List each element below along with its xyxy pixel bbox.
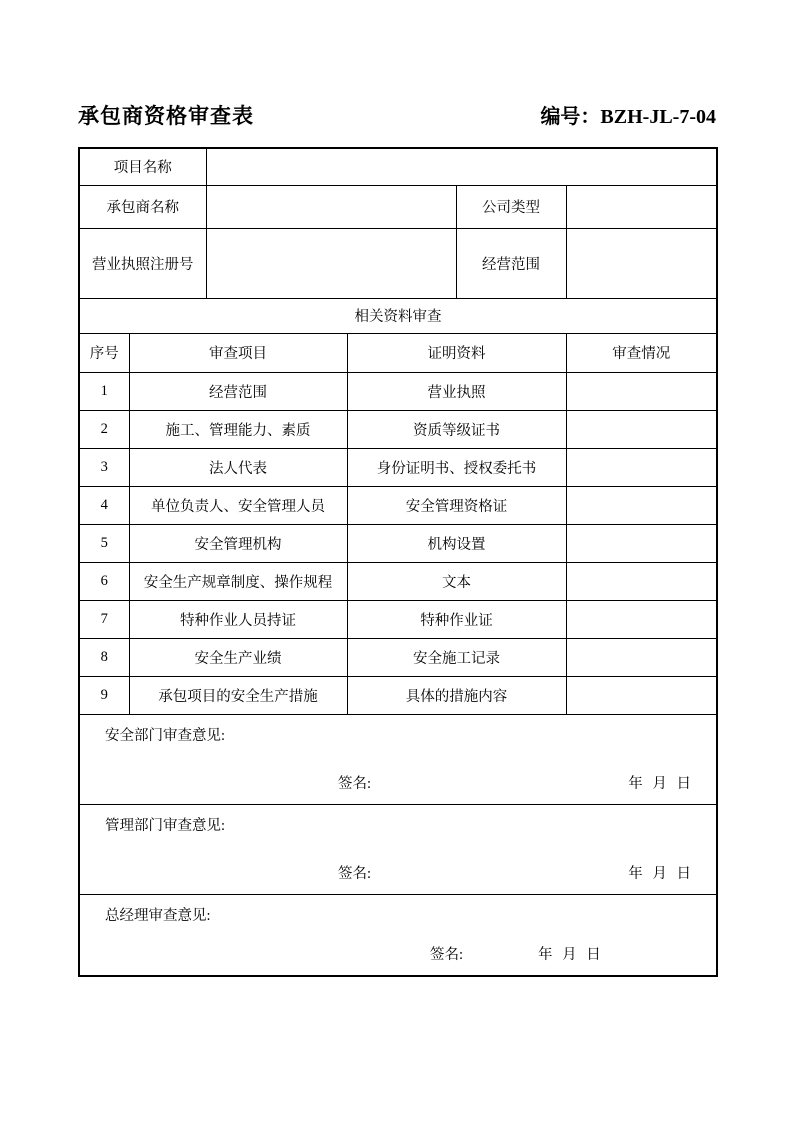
opinion-label: 总经理审查意见: [105,904,211,925]
opinion-row: 总经理审查意见: 签名: 年 月 日 [79,894,717,976]
col-header-item: 审查项目 [129,333,347,372]
row-status-cell[interactable] [566,372,717,410]
license-number-label: 营业执照注册号 [79,228,206,298]
license-number-value-cell[interactable] [206,228,456,298]
row-proof: 文本 [347,562,566,600]
document-header: 承包商资格审查表 编号：BZH-JL-7-04 [78,100,716,130]
table-row: 相关资料审查 [79,298,717,333]
management-dept-opinion-block[interactable]: 管理部门审查意见: 签名: 年 月 日 [80,805,716,894]
row-no: 8 [79,638,129,676]
row-item: 单位负责人、安全管理人员 [129,486,347,524]
business-scope-value-cell[interactable] [566,228,717,298]
row-no: 4 [79,486,129,524]
row-item: 施工、管理能力、素质 [129,410,347,448]
row-status-cell[interactable] [566,486,717,524]
review-row: 6 安全生产规章制度、操作规程 文本 [79,562,717,600]
row-item: 安全生产规章制度、操作规程 [129,562,347,600]
review-row: 4 单位负责人、安全管理人员 安全管理资格证 [79,486,717,524]
row-item: 特种作业人员持证 [129,600,347,638]
col-header-status: 审查情况 [566,333,717,372]
safety-dept-opinion-block[interactable]: 安全部门审查意见: 签名: 年 月 日 [80,715,716,804]
row-proof: 身份证明书、授权委托书 [347,448,566,486]
col-header-proof: 证明资料 [347,333,566,372]
row-proof: 资质等级证书 [347,410,566,448]
company-type-value-cell[interactable] [566,185,717,228]
table-row: 承包商名称 公司类型 [79,185,717,228]
signature-label: 签名: [338,772,371,793]
row-status-cell[interactable] [566,410,717,448]
signature-label: 签名: [338,862,371,883]
review-row: 3 法人代表 身份证明书、授权委托书 [79,448,717,486]
row-status-cell[interactable] [566,562,717,600]
row-status-cell[interactable] [566,524,717,562]
date-label: 年 月 日 [628,772,694,793]
company-type-label: 公司类型 [456,185,566,228]
opinion-label: 安全部门审查意见: [105,724,225,745]
date-label: 年 月 日 [628,862,694,883]
opinion-row: 管理部门审查意见: 签名: 年 月 日 [79,804,717,894]
review-row: 1 经营范围 营业执照 [79,372,717,410]
doc-number: 编号：BZH-JL-7-04 [540,100,716,129]
review-row: 5 安全管理机构 机构设置 [79,524,717,562]
business-scope-label: 经营范围 [456,228,566,298]
section-header: 相关资料审查 [79,298,717,333]
review-row: 8 安全生产业绩 安全施工记录 [79,638,717,676]
row-no: 6 [79,562,129,600]
signature-label: 签名: [430,943,463,964]
col-header-no: 序号 [79,333,129,372]
contractor-name-value-cell[interactable] [206,185,456,228]
row-no: 7 [79,600,129,638]
row-item: 经营范围 [129,372,347,410]
row-proof: 安全施工记录 [347,638,566,676]
opinion-row: 安全部门审查意见: 签名: 年 月 日 [79,714,717,804]
table-row: 项目名称 [79,148,717,185]
row-item: 安全管理机构 [129,524,347,562]
row-proof: 具体的措施内容 [347,676,566,714]
row-status-cell[interactable] [566,600,717,638]
row-status-cell[interactable] [566,448,717,486]
date-label: 年 月 日 [538,943,604,964]
row-proof: 安全管理资格证 [347,486,566,524]
row-status-cell[interactable] [566,638,717,676]
document-page: 承包商资格审查表 编号：BZH-JL-7-04 项目名称 承包商名称 公司类型 … [78,100,716,977]
row-no: 3 [79,448,129,486]
row-status-cell[interactable] [566,676,717,714]
row-proof: 特种作业证 [347,600,566,638]
row-item: 承包项目的安全生产措施 [129,676,347,714]
review-header-row: 序号 审查项目 证明资料 审查情况 [79,333,717,372]
opinion-label: 管理部门审查意见: [105,814,225,835]
general-manager-opinion-block[interactable]: 总经理审查意见: 签名: 年 月 日 [80,895,716,976]
row-no: 1 [79,372,129,410]
row-no: 9 [79,676,129,714]
project-name-label: 项目名称 [79,148,206,185]
table-row: 营业执照注册号 经营范围 [79,228,717,298]
qualification-form-table: 项目名称 承包商名称 公司类型 营业执照注册号 经营范围 相关资料审查 [78,147,718,977]
row-no: 5 [79,524,129,562]
contractor-name-label: 承包商名称 [79,185,206,228]
review-row: 7 特种作业人员持证 特种作业证 [79,600,717,638]
review-row: 9 承包项目的安全生产措施 具体的措施内容 [79,676,717,714]
page-title: 承包商资格审查表 [78,100,254,130]
review-row: 2 施工、管理能力、素质 资质等级证书 [79,410,717,448]
row-item: 安全生产业绩 [129,638,347,676]
row-item: 法人代表 [129,448,347,486]
row-no: 2 [79,410,129,448]
row-proof: 营业执照 [347,372,566,410]
row-proof: 机构设置 [347,524,566,562]
project-name-value-cell[interactable] [206,148,717,185]
